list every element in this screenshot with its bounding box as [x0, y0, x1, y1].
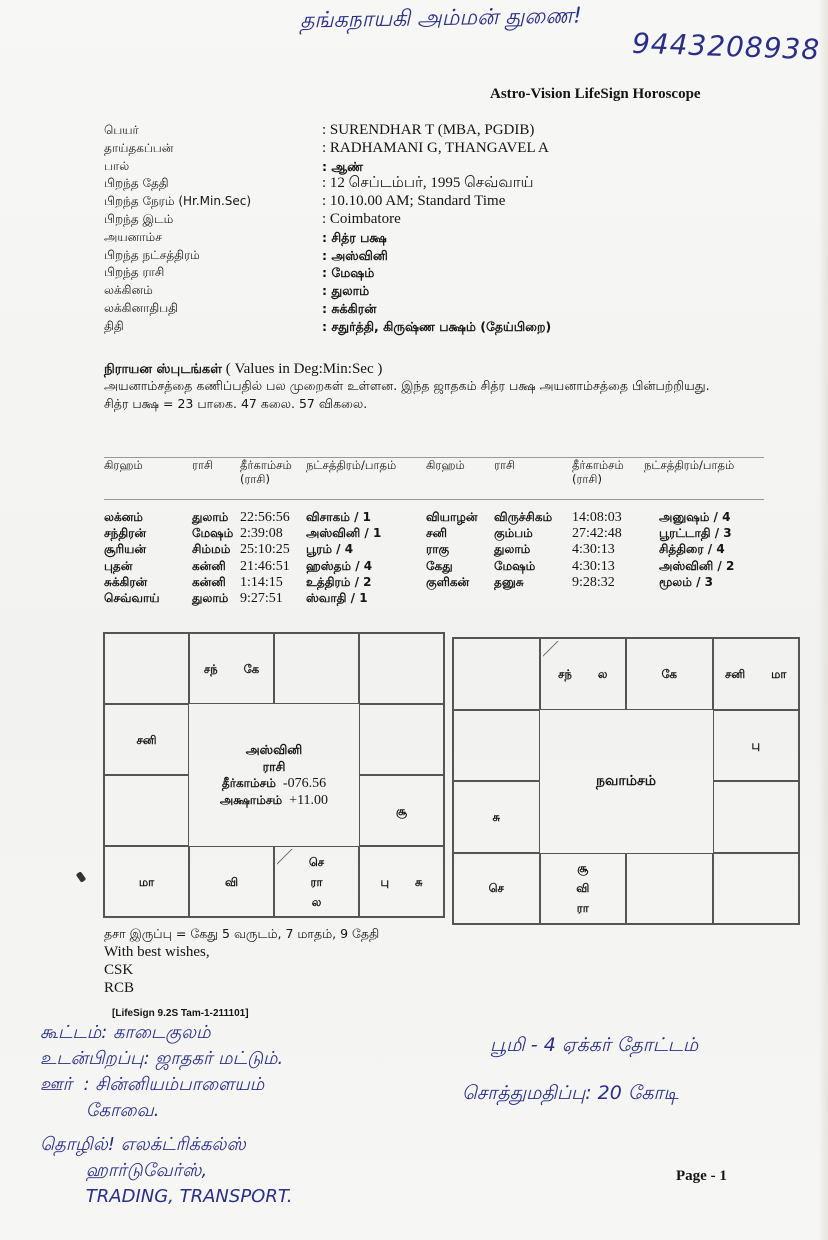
table-cell: உத்திரம் / 2 — [306, 575, 371, 591]
table-cell: 27:42:48 — [572, 526, 622, 542]
table-cell: 2:39:08 — [240, 526, 283, 542]
table-cell: 21:46:51 — [240, 559, 290, 575]
detail-label: பிறந்த நேரம் (Hr.Min.Sec) — [104, 193, 322, 211]
house-pisces — [453, 638, 540, 710]
table-cell: துலாம் — [192, 591, 228, 607]
signature-line-1: CSK — [104, 961, 379, 979]
detail-label: தாய்தகப்பன் — [104, 140, 322, 158]
software-version: [LifeSign 9.2S Tam-1-211101] — [112, 1008, 249, 1019]
paper-edge — [818, 0, 828, 1240]
detail-label: பிறந்த நட்சத்திரம் — [104, 247, 322, 265]
planet-abbrev: செ — [489, 878, 504, 898]
planet-abbrev: வி — [576, 878, 589, 898]
planet-abbrev: சந் — [204, 659, 218, 679]
column-header: கிரஹம் — [104, 458, 143, 472]
house-taurus: கே — [626, 638, 713, 710]
table-cell: மேஷம் — [494, 559, 535, 575]
ayanamsa-value: சித்ர பக்ஷ = 23 பாகை. 47 கலை. 57 விகலை. — [104, 396, 744, 412]
planet-abbrev: ரா — [577, 898, 589, 918]
footer-block: தசா இருப்பு = கேது 5 வருடம், 7 மாதம், 9 … — [104, 925, 379, 997]
handwritten-note-line: ஹார்டுவேர்ஸ், — [40, 1158, 292, 1184]
planet-abbrev: கே — [244, 659, 260, 679]
planet-abbrev: கே — [661, 664, 677, 684]
planet-abbrev: செ — [309, 852, 324, 872]
planet-abbrev: மா — [771, 664, 786, 684]
column-header: ராசி — [494, 458, 515, 472]
table-cell: துலாம் — [494, 542, 530, 558]
table-cell: மேஷம் — [192, 526, 233, 542]
detail-row: பிறந்த ராசி: மேஷம் — [104, 264, 551, 282]
lagna-marker — [277, 849, 295, 867]
house-sagittarius: செ — [453, 853, 540, 925]
house-pisces — [104, 633, 189, 704]
ink-spot — [76, 871, 87, 883]
detail-value: : ஆண் — [322, 158, 363, 176]
house-aries: சந்ல — [540, 638, 627, 710]
house-leo — [713, 781, 800, 853]
center-title: ராசி — [263, 758, 286, 775]
house-aries: சந்கே — [189, 633, 274, 704]
table-cell: துலாம் — [192, 510, 228, 526]
planet-abbrev: ரா — [311, 872, 323, 892]
handwritten-note-line: தொழில்! எலக்ட்ரிக்கல்ஸ் — [40, 1132, 292, 1158]
center-title: நவாம்சம் — [596, 773, 656, 790]
table-cell: 4:30:13 — [572, 542, 615, 558]
planet-abbrev: சு — [492, 807, 500, 827]
house-capricorn: சு — [453, 781, 540, 853]
detail-value: : 10.10.00 AM; Standard Time — [322, 193, 505, 211]
detail-row: பிறந்த நட்சத்திரம்: அஸ்வினி — [104, 247, 551, 265]
detail-row: பிறந்த நேரம் (Hr.Min.Sec): 10.10.00 AM; … — [104, 193, 551, 211]
house-aquarius — [453, 710, 540, 782]
table-cell: 25:10:25 — [240, 542, 290, 558]
planet-abbrev: சனி — [725, 664, 745, 684]
detail-label: பிறந்த தேதி — [104, 175, 322, 193]
detail-label: பிறந்த ராசி — [104, 264, 322, 282]
dasa-balance: தசா இருப்பு = கேது 5 வருடம், 7 மாதம், 9 … — [104, 925, 379, 943]
table-cell: பூரட்டாதி / 3 — [659, 526, 732, 542]
table-cell: 4:30:13 — [572, 559, 615, 575]
house-libra: செரால — [274, 846, 359, 917]
detail-row: அயனாம்ச: சித்ர பக்ஷ — [104, 229, 551, 247]
detail-label: அயனாம்ச — [104, 229, 322, 247]
table-cell: சந்திரன் — [104, 526, 146, 542]
handwritten-notes-left: கூட்டம்: காடைகுலம்உடன்பிறப்பு: ஜாதகர் மட… — [40, 1020, 292, 1210]
column-header: ராசி — [192, 458, 213, 472]
table-cell: 22:56:56 — [240, 510, 290, 526]
detail-value: : துலாம் — [322, 282, 369, 300]
horoscope-page: தங்கநாயகி அம்மன் துணை! 9443208938 Astro-… — [0, 0, 828, 1240]
table-cell: அஸ்வினி / 2 — [659, 559, 734, 575]
handwritten-note-line: கூட்டம்: காடைகுலம் — [40, 1020, 292, 1046]
table-cell: கேது — [426, 559, 453, 575]
table-cell: குளிகன் — [426, 575, 469, 591]
planet-abbrev: சூ — [577, 858, 588, 878]
table-cell: தனுசு — [494, 575, 524, 591]
page-number: Page - 1 — [676, 1168, 727, 1185]
nirayana-section: நிராயன ஸ்புடங்கள் ( Values in Deg:Min:Se… — [104, 361, 744, 412]
planet-abbrev: வி — [225, 872, 238, 892]
table-header-rule — [104, 499, 764, 500]
best-wishes: With best wishes, — [104, 943, 379, 961]
nirayana-heading: நிராயன ஸ்புடங்கள் ( Values in Deg:Min:Se… — [104, 361, 744, 378]
house-scorpio: சூவிரா — [540, 853, 627, 925]
handwritten-note-line: ஊர் : சின்னியம்பாளையம் — [40, 1072, 292, 1098]
table-cell: ஹஸ்தம் / 4 — [306, 559, 372, 575]
house-scorpio: வி — [189, 846, 274, 917]
house-virgo — [713, 853, 800, 925]
detail-row: பெயர்: SURENDHAR T (MBA, PGDIB) — [104, 122, 551, 140]
detail-value: : சுக்கிரன் — [322, 300, 376, 318]
table-cell: சித்திரை / 4 — [659, 542, 725, 558]
ayanamsa-note: அயனாம்சத்தை கணிப்பதில் பல முறைகள் உள்ளன.… — [104, 378, 744, 394]
planet-abbrev: சு — [415, 872, 423, 892]
detail-row: பிறந்த இடம்: Coimbatore — [104, 211, 551, 229]
house-gemini — [359, 633, 444, 704]
rasi-chart: சந்கேசனிசூமாவிசெராலபுசுஅஸ்வினிராசிதீர்கா… — [103, 632, 445, 918]
detail-row: தாய்தகப்பன்: RADHAMANI G, THANGAVEL A — [104, 140, 551, 158]
detail-row: பால்: ஆண் — [104, 158, 551, 176]
center-latitude: அக்ஷாம்சம் +11.00 — [220, 792, 328, 809]
birth-details: பெயர்: SURENDHAR T (MBA, PGDIB)தாய்தகப்ப… — [104, 122, 551, 336]
table-cell: லக்னம் — [104, 510, 143, 526]
table-cell: ஸ்வாதி / 1 — [306, 591, 368, 607]
table-cell: வியாழன் — [426, 510, 478, 526]
chart-center: அஸ்வினிராசிதீர்காம்சம் -076.56அக்ஷாம்சம்… — [189, 704, 359, 846]
signature-line-2: RCB — [104, 979, 379, 997]
navamsa-chart: சந்லகேசனிமாபுசுசெசூவிராநவாம்சம் — [452, 637, 800, 925]
detail-row: திதி: சதுர்த்தி, கிருஷ்ண பக்ஷம் (தேய்பிற… — [104, 318, 551, 336]
table-cell: கன்னி — [192, 575, 226, 591]
detail-label: பால் — [104, 158, 322, 176]
detail-label: பெயர் — [104, 122, 322, 140]
handwritten-note-line: TRADING, TRANSPORT. — [40, 1184, 292, 1210]
table-cell: ராகு — [426, 542, 449, 558]
nirayana-heading-english: ( Values in Deg:Min:Sec ) — [222, 361, 382, 377]
table-cell: அஸ்வினி / 1 — [306, 526, 381, 542]
detail-row: லக்கினாதிபதி: சுக்கிரன் — [104, 300, 551, 318]
planet-abbrev: ல — [598, 664, 608, 684]
document-title: Astro-Vision LifeSign Horoscope — [490, 86, 701, 103]
house-cancer — [359, 704, 444, 775]
table-cell: செவ்வாய் — [104, 591, 160, 607]
detail-value: : Coimbatore — [322, 211, 401, 229]
planet-abbrev: ல — [312, 892, 322, 912]
table-cell: விருச்சிகம் — [494, 510, 552, 526]
column-header: தீர்காம்சம் (ராசி) — [572, 458, 642, 486]
table-cell: பூரம் / 4 — [306, 542, 353, 558]
planet-abbrev: பு — [380, 872, 389, 892]
table-cell: புதன் — [104, 559, 132, 575]
handwritten-blessing: தங்கநாயகி அம்மன் துணை! — [300, 4, 583, 37]
detail-value: : சித்ர பக்ஷ — [322, 229, 387, 247]
planet-abbrev: சனி — [136, 730, 156, 750]
house-leo: சூ — [359, 775, 444, 846]
lagna-marker — [543, 641, 561, 659]
detail-label: பிறந்த இடம் — [104, 211, 322, 229]
nirayana-heading-tamil: நிராயன ஸ்புடங்கள் — [104, 362, 222, 377]
center-longitude: தீர்காம்சம் -076.56 — [222, 775, 326, 792]
house-libra — [626, 853, 713, 925]
detail-value: : RADHAMANI G, THANGAVEL A — [322, 140, 549, 158]
house-taurus — [274, 633, 359, 704]
house-virgo: புசு — [359, 846, 444, 917]
detail-value: : SURENDHAR T (MBA, PGDIB) — [322, 122, 534, 140]
column-header: கிரஹம் — [426, 458, 465, 472]
table-cell: கும்பம் — [494, 526, 533, 542]
house-capricorn — [104, 775, 189, 846]
handwritten-property-note: சொத்துமதிப்பு: 20 கோடி — [462, 1082, 679, 1107]
column-header: நட்சத்திரம்/பாதம் — [644, 458, 734, 472]
table-cell: சனி — [426, 526, 447, 542]
handwritten-land-note: பூமி - 4 ஏக்கர் தோட்டம் — [490, 1034, 698, 1059]
house-gemini: சனிமா — [713, 638, 800, 710]
table-cell: விசாகம் / 1 — [306, 510, 371, 526]
table-cell: 9:27:51 — [240, 591, 283, 607]
planet-abbrev: சந் — [558, 664, 572, 684]
house-sagittarius: மா — [104, 846, 189, 917]
detail-label: லக்கினாதிபதி — [104, 300, 322, 318]
detail-label: லக்கினம் — [104, 282, 322, 300]
planet-abbrev: பு — [751, 735, 760, 755]
planet-abbrev: மா — [139, 872, 154, 892]
table-cell: சுக்கிரன் — [104, 575, 147, 591]
table-cell: 1:14:15 — [240, 575, 283, 591]
center-star: அஸ்வினி — [246, 741, 303, 758]
table-cell: சிம்மம் — [192, 542, 230, 558]
house-cancer: பு — [713, 710, 800, 782]
table-cell: கன்னி — [192, 559, 226, 575]
house-aquarius: சனி — [104, 704, 189, 775]
detail-row: பிறந்த தேதி: 12 செப்டம்பர், 1995 செவ்வாய… — [104, 175, 551, 193]
planet-abbrev: சூ — [396, 801, 407, 821]
detail-value: : 12 செப்டம்பர், 1995 செவ்வாய் — [322, 175, 533, 193]
table-cell: மூலம் / 3 — [659, 575, 713, 591]
handwritten-phone-number: 9443208938 — [631, 27, 820, 67]
chart-center: நவாம்சம் — [540, 710, 713, 853]
detail-value: : சதுர்த்தி, கிருஷ்ண பக்ஷம் (தேய்பிறை) — [322, 318, 551, 336]
detail-value: : மேஷம் — [322, 264, 374, 282]
handwritten-note-line: உடன்பிறப்பு: ஜாதகர் மட்டும். — [40, 1046, 292, 1072]
table-cell: 14:08:03 — [572, 510, 622, 526]
detail-row: லக்கினம்: துலாம் — [104, 282, 551, 300]
table-cell: சூரியன் — [104, 542, 146, 558]
table-cell: அனுஷம் / 4 — [659, 510, 730, 526]
table-cell: 9:28:32 — [572, 575, 615, 591]
detail-label: திதி — [104, 318, 322, 336]
handwritten-note-line: கோவை. — [40, 1098, 292, 1124]
detail-value: : அஸ்வினி — [322, 247, 388, 265]
column-header: நட்சத்திரம்/பாதம் — [306, 458, 396, 472]
column-header: தீர்காம்சம் (ராசி) — [240, 458, 310, 486]
